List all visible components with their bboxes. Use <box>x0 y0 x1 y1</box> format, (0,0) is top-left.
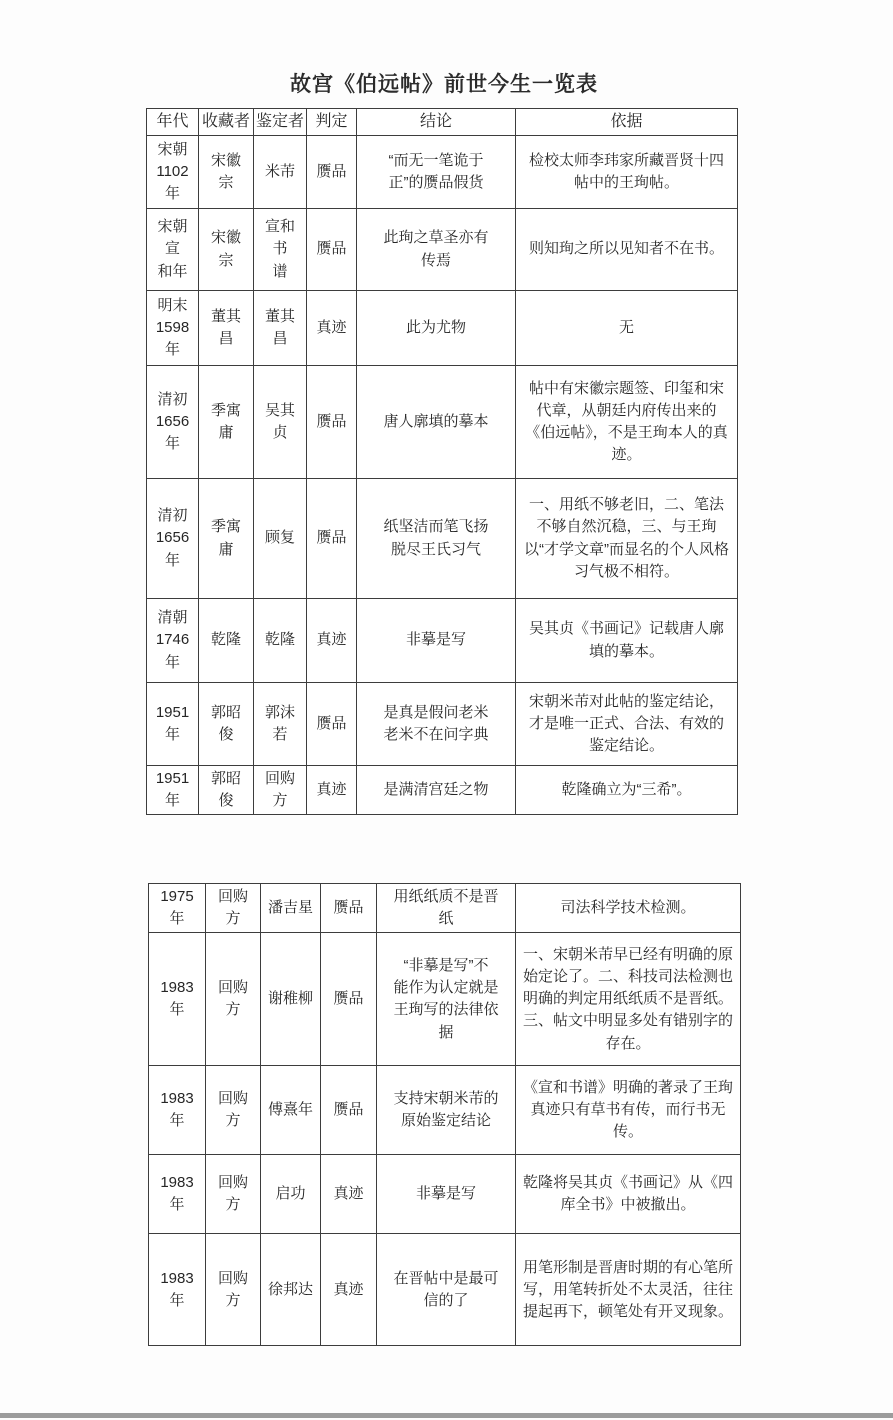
table-cell: 乾隆 <box>199 599 254 683</box>
table-cell: 真迹 <box>307 766 357 815</box>
table-cell: 赝品 <box>307 683 357 766</box>
table-cell: 回购方 <box>206 1234 261 1346</box>
table-row: 1983年回购方启功真迹非摹是写乾隆将吴其贞《书画记》从《四库全书》中被撤出。 <box>149 1155 741 1234</box>
table-cell: 郭昭俊 <box>199 766 254 815</box>
table-cell: 董其昌 <box>254 291 307 366</box>
table-row: 明末 1598年董其昌董其昌真迹此为尤物无 <box>147 291 738 366</box>
table-cell: 董其昌 <box>199 291 254 366</box>
table-cell: 清初 1656年 <box>147 366 199 479</box>
table-row: 1975年回购方潘吉星赝品用纸纸质不是晋 纸司法科学技术检测。 <box>149 884 741 933</box>
table-cell: 检校太师李玮家所藏晋贤十四帖中的王珣帖。 <box>516 136 738 209</box>
table-cell: 赝品 <box>307 209 357 291</box>
appraisal-table-upper: 年代 收藏者 鉴定者 判定 结论 依据 宋朝 1102年宋徽宗米芾赝品“而无一笔… <box>146 108 738 815</box>
table-cell: 乾隆确立为“三希”。 <box>516 766 738 815</box>
column-header-verdict: 判定 <box>307 109 357 136</box>
table-cell: 宋徽宗 <box>199 136 254 209</box>
table-cell: 非摹是写 <box>357 599 516 683</box>
page-title: 故宫《伯远帖》前世今生一览表 <box>0 68 888 98</box>
table-row: 清初 1656年季寓庸顾复赝品纸坚洁而笔飞扬 脱尽王氏习气一、用纸不够老旧，二、… <box>147 479 738 599</box>
table-cell: 吴其贞《书画记》记载唐人廓填的摹本。 <box>516 599 738 683</box>
table-cell: 无 <box>516 291 738 366</box>
table-cell: 在晋帖中是最可 信的了 <box>377 1234 516 1346</box>
table-cell: 一、宋朝米芾早已经有明确的原始定论了。二、科技司法检测也明确的判定用纸纸质不是晋… <box>516 933 741 1066</box>
table-row: 1951年郭昭俊回购方真迹是满清宫廷之物乾隆确立为“三希”。 <box>147 766 738 815</box>
column-header-collector: 收藏者 <box>199 109 254 136</box>
table-row: 1983年回购方傅熹年赝品支持宋朝米芾的 原始鉴定结论《宣和书谱》明确的著录了王… <box>149 1066 741 1155</box>
table-cell: 真迹 <box>321 1155 377 1234</box>
table-cell: 徐邦达 <box>261 1234 321 1346</box>
table-cell: 赝品 <box>321 933 377 1066</box>
table-cell: 是真是假问老米 老米不在问字典 <box>357 683 516 766</box>
table-cell: 赝品 <box>307 366 357 479</box>
table-cell: 帖中有宋徽宗题签、印玺和宋代章，从朝廷内府传出来的《伯远帖》，不是王珣本人的真迹… <box>516 366 738 479</box>
table-cell: 顾复 <box>254 479 307 599</box>
table-row: 1951年郭昭俊郭沫若赝品是真是假问老米 老米不在问字典宋朝米芾对此帖的鉴定结论… <box>147 683 738 766</box>
table-cell: 郭沫若 <box>254 683 307 766</box>
table-cell: 清初 1656年 <box>147 479 199 599</box>
table-cell: 赝品 <box>321 884 377 933</box>
table-cell: “非摹是写”不 能作为认定就是 王珣写的法律依 据 <box>377 933 516 1066</box>
column-header-era: 年代 <box>147 109 199 136</box>
table-row: 宋朝宣 和年宋徽宗宣和书 谱赝品此珣之草圣亦有 传焉则知珣之所以见知者不在书。 <box>147 209 738 291</box>
table-cell: 赝品 <box>321 1066 377 1155</box>
table-cell: 宋朝宣 和年 <box>147 209 199 291</box>
table-cell: 乾隆 <box>254 599 307 683</box>
table-cell: 回购方 <box>206 884 261 933</box>
table-cell: 季寓庸 <box>199 479 254 599</box>
table-cell: 此为尤物 <box>357 291 516 366</box>
table-cell: 明末 1598年 <box>147 291 199 366</box>
table-cell: 纸坚洁而笔飞扬 脱尽王氏习气 <box>357 479 516 599</box>
table-cell: 宣和书 谱 <box>254 209 307 291</box>
table-cell: 潘吉星 <box>261 884 321 933</box>
table-cell: 1983年 <box>149 1066 206 1155</box>
table-cell: 乾隆将吴其贞《书画记》从《四库全书》中被撤出。 <box>516 1155 741 1234</box>
table-cell: 宋朝 1102年 <box>147 136 199 209</box>
bottom-edge-bar <box>0 1413 893 1418</box>
table-row: 清初 1656年季寓庸吴其贞赝品唐人廓填的摹本帖中有宋徽宗题签、印玺和宋代章，从… <box>147 366 738 479</box>
table-cell: 一、用纸不够老旧，二、笔法不够自然沉稳，三、与王珣以“才学文章”而显名的个人风格… <box>516 479 738 599</box>
table-cell: 则知珣之所以见知者不在书。 <box>516 209 738 291</box>
table-row: 宋朝 1102年宋徽宗米芾赝品“而无一笔诡于 正”的赝品假货检校太师李玮家所藏晋… <box>147 136 738 209</box>
table-cell: 回购方 <box>254 766 307 815</box>
table-cell: 赝品 <box>307 479 357 599</box>
table-cell: 宋徽宗 <box>199 209 254 291</box>
table-cell: 赝品 <box>307 136 357 209</box>
table-cell: 季寓庸 <box>199 366 254 479</box>
table-cell: 回购方 <box>206 1066 261 1155</box>
table-cell: 回购方 <box>206 1155 261 1234</box>
table-cell: 谢稚柳 <box>261 933 321 1066</box>
table-cell: 回购方 <box>206 933 261 1066</box>
table-cell: 司法科学技术检测。 <box>516 884 741 933</box>
table-cell: 唐人廓填的摹本 <box>357 366 516 479</box>
table-cell: 1951年 <box>147 683 199 766</box>
table-cell: 用纸纸质不是晋 纸 <box>377 884 516 933</box>
table-cell: 宋朝米芾对此帖的鉴定结论，才是唯一正式、合法、有效的鉴定结论。 <box>516 683 738 766</box>
column-header-basis: 依据 <box>516 109 738 136</box>
table-cell: 真迹 <box>321 1234 377 1346</box>
table-cell: 非摹是写 <box>377 1155 516 1234</box>
column-header-conclusion: 结论 <box>357 109 516 136</box>
table-cell: 1983年 <box>149 1155 206 1234</box>
table-cell: 《宣和书谱》明确的著录了王珣真迹只有草书有传，而行书无传。 <box>516 1066 741 1155</box>
table-cell: 是满清宫廷之物 <box>357 766 516 815</box>
column-header-appraiser: 鉴定者 <box>254 109 307 136</box>
table-cell: 郭昭俊 <box>199 683 254 766</box>
table-cell: 清朝 1746年 <box>147 599 199 683</box>
table-cell: 此珣之草圣亦有 传焉 <box>357 209 516 291</box>
table-cell: 启功 <box>261 1155 321 1234</box>
table-cell: 吴其贞 <box>254 366 307 479</box>
appraisal-table-lower: 1975年回购方潘吉星赝品用纸纸质不是晋 纸司法科学技术检测。1983年回购方谢… <box>148 883 741 1346</box>
table-cell: 1975年 <box>149 884 206 933</box>
table-cell: 支持宋朝米芾的 原始鉴定结论 <box>377 1066 516 1155</box>
table-cell: 傅熹年 <box>261 1066 321 1155</box>
table-cell: 1951年 <box>147 766 199 815</box>
table-cell: 真迹 <box>307 291 357 366</box>
table-cell: 米芾 <box>254 136 307 209</box>
table-cell: 真迹 <box>307 599 357 683</box>
table-cell: “而无一笔诡于 正”的赝品假货 <box>357 136 516 209</box>
table-cell: 1983年 <box>149 1234 206 1346</box>
table-row: 清朝 1746年乾隆乾隆真迹非摹是写吴其贞《书画记》记载唐人廓填的摹本。 <box>147 599 738 683</box>
table-header-row: 年代 收藏者 鉴定者 判定 结论 依据 <box>147 109 738 136</box>
table-row: 1983年回购方谢稚柳赝品“非摹是写”不 能作为认定就是 王珣写的法律依 据一、… <box>149 933 741 1066</box>
table-row: 1983年回购方徐邦达真迹在晋帖中是最可 信的了用笔形制是晋唐时期的有心笔所写，… <box>149 1234 741 1346</box>
table-cell: 1983年 <box>149 933 206 1066</box>
table-cell: 用笔形制是晋唐时期的有心笔所写，用笔转折处不太灵活，往往提起再下，顿笔处有开叉现… <box>516 1234 741 1346</box>
